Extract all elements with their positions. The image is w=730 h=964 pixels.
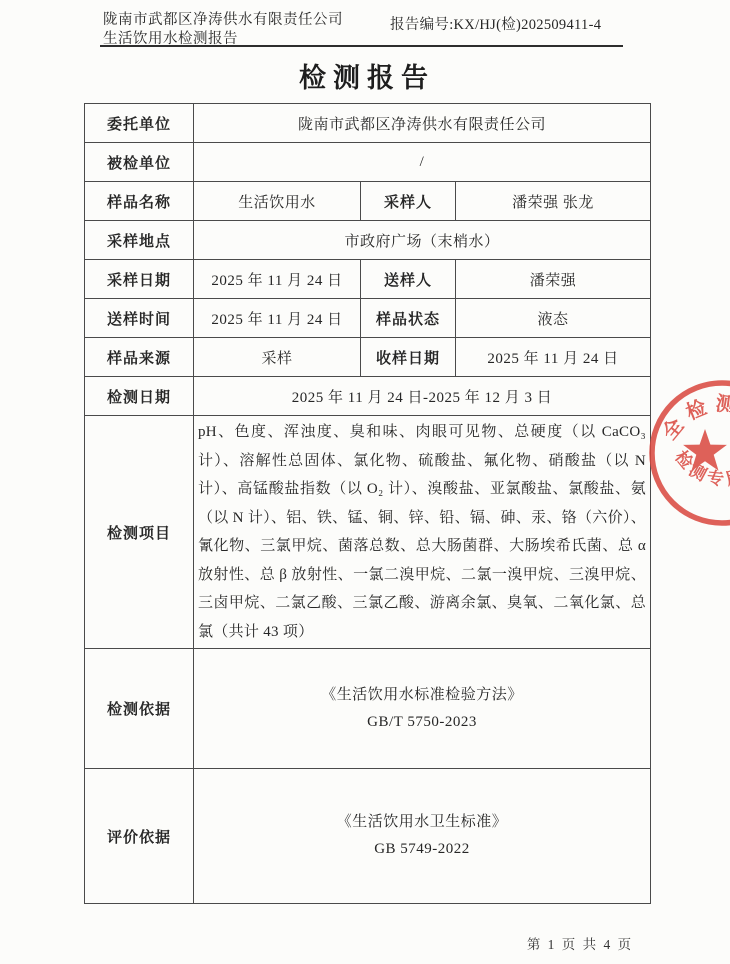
eval-basis-line1: 《生活饮用水卫生标准》 — [198, 809, 646, 836]
row-value: 2025 年 11 月 24 日 — [194, 260, 361, 299]
eval-basis-text: 《生活饮用水卫生标准》 GB 5749-2022 — [194, 769, 651, 904]
row-label: 采样地点 — [85, 221, 194, 260]
row-label: 采样日期 — [85, 260, 194, 299]
report-number-label: 报告编号: — [390, 17, 454, 33]
table-row: 被检单位 / — [85, 143, 651, 182]
test-items-text: pH、色度、浑浊度、臭和味、肉眼可见物、总硬度（以 CaCO₃ 计）、溶解性总固… — [194, 416, 651, 649]
test-basis-text: 《生活饮用水标准检验方法》 GB/T 5750-2023 — [194, 649, 651, 769]
test-basis-line1: 《生活饮用水标准检验方法》 — [198, 682, 646, 709]
table-row: 样品来源 采样 收样日期 2025 年 11 月 24 日 — [85, 338, 651, 377]
svg-text:全检测: 全检测 — [657, 392, 730, 444]
page-title: 检测报告 — [84, 56, 650, 95]
row-value: 生活饮用水 — [194, 182, 361, 221]
table-row: 送样时间 2025 年 11 月 24 日 样品状态 液态 — [85, 299, 651, 338]
row-label: 样品状态 — [361, 299, 456, 338]
row-value: 潘荣强 张龙 — [456, 182, 651, 221]
row-label: 样品名称 — [85, 182, 194, 221]
table-row-eval-basis: 评价依据 《生活饮用水卫生标准》 GB 5749-2022 — [85, 769, 651, 904]
row-value: 2025 年 11 月 24 日 — [194, 299, 361, 338]
row-label: 采样人 — [361, 182, 456, 221]
report-info-table: 委托单位 陇南市武都区净涛供水有限责任公司 被检单位 / 样品名称 生活饮用水 … — [84, 103, 651, 904]
header-company-block: 陇南市武都区净涛供水有限责任公司 生活饮用水检测报告 — [103, 11, 343, 49]
table-row: 检测日期 2025 年 11 月 24 日-2025 年 12 月 3 日 — [85, 377, 651, 416]
row-value: 2025 年 11 月 24 日-2025 年 12 月 3 日 — [194, 377, 651, 416]
row-value: 2025 年 11 月 24 日 — [456, 338, 651, 377]
stamp-top-text: 全检测 — [657, 392, 730, 444]
table-row: 采样日期 2025 年 11 月 24 日 送样人 潘荣强 — [85, 260, 651, 299]
row-value: 采样 — [194, 338, 361, 377]
header-divider — [100, 45, 623, 47]
table-row-test-items: 检测项目 pH、色度、浑浊度、臭和味、肉眼可见物、总硬度（以 CaCO₃ 计）、… — [85, 416, 651, 649]
table-row: 委托单位 陇南市武都区净涛供水有限责任公司 — [85, 104, 651, 143]
row-label: 评价依据 — [85, 769, 194, 904]
table-row: 采样地点 市政府广场（末梢水） — [85, 221, 651, 260]
row-label: 送样人 — [361, 260, 456, 299]
row-label: 收样日期 — [361, 338, 456, 377]
row-label: 送样时间 — [85, 299, 194, 338]
row-value: 潘荣强 — [456, 260, 651, 299]
table-row-test-basis: 检测依据 《生活饮用水标准检验方法》 GB/T 5750-2023 — [85, 649, 651, 769]
test-basis-line2: GB/T 5750-2023 — [198, 709, 646, 736]
red-seal-stamp-icon: 全检测 检测专用 — [637, 368, 730, 538]
row-label: 检测依据 — [85, 649, 194, 769]
row-value: / — [194, 143, 651, 182]
report-number-value: KX/HJ(检)202509411-4 — [454, 17, 602, 33]
table-row: 样品名称 生活饮用水 采样人 潘荣强 张龙 — [85, 182, 651, 221]
report-number: 报告编号:KX/HJ(检)202509411-4 — [390, 13, 601, 34]
row-label: 检测日期 — [85, 377, 194, 416]
row-label: 检测项目 — [85, 416, 194, 649]
page-number: 第 1 页 共 4 页 — [460, 933, 700, 953]
row-label: 被检单位 — [85, 143, 194, 182]
row-value: 陇南市武都区净涛供水有限责任公司 — [194, 104, 651, 143]
eval-basis-line2: GB 5749-2022 — [198, 836, 646, 863]
row-value: 市政府广场（末梢水） — [194, 221, 651, 260]
row-label: 委托单位 — [85, 104, 194, 143]
row-value: 液态 — [456, 299, 651, 338]
row-label: 样品来源 — [85, 338, 194, 377]
header-company-name: 陇南市武都区净涛供水有限责任公司 — [103, 11, 343, 30]
report-page: 陇南市武都区净涛供水有限责任公司 生活饮用水检测报告 报告编号:KX/HJ(检)… — [0, 0, 730, 964]
